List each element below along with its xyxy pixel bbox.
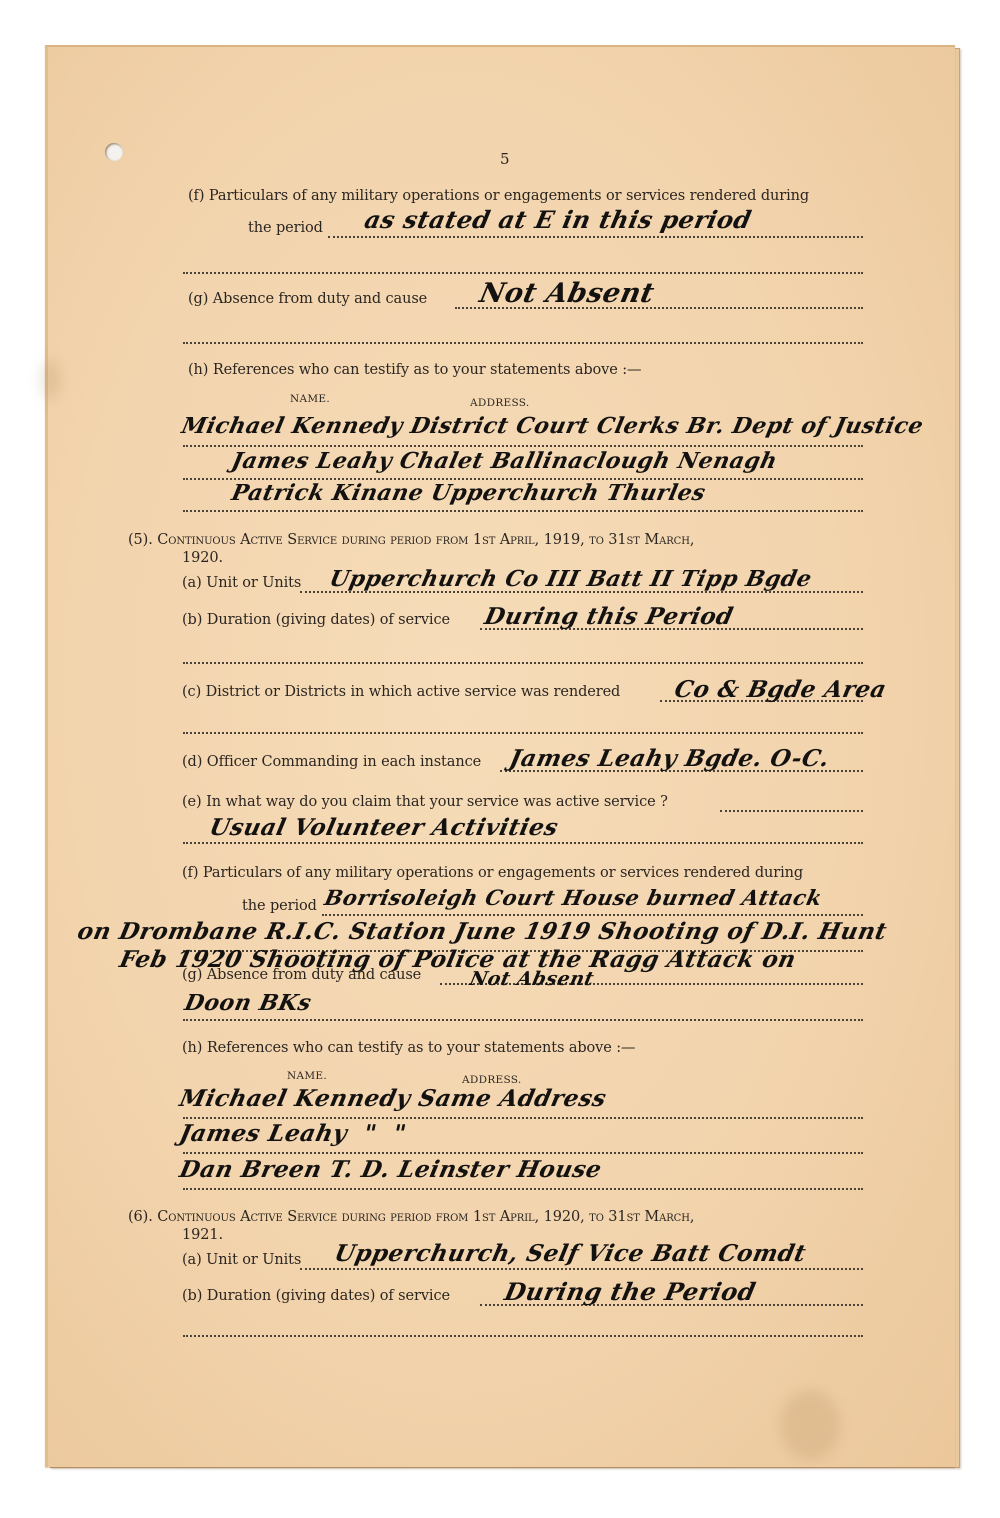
dotted-line [183, 1152, 863, 1154]
s5-a-answer: Upperchurch Co III Batt II Tipp Bgde [327, 566, 814, 592]
s5-heading: (5). Continuous Active Service during pe… [128, 532, 694, 548]
dotted-line [328, 236, 863, 238]
s5-heading-year: 1920. [182, 550, 223, 566]
s4-reference-2: James Leahy Chalet Ballinaclough Nenagh [229, 448, 779, 474]
s4-f-label: (f) Particulars of any military operatio… [188, 188, 809, 204]
s5-f-label: (f) Particulars of any military operatio… [182, 865, 803, 881]
s5-b-answer: During this Period [482, 603, 736, 630]
s5-reference-2: James Leahy " " [177, 1120, 409, 1147]
s5-f-period-label: the period [242, 898, 317, 914]
s5-g-label: (g) Absence from duty and cause [182, 967, 421, 983]
s5-e-answer: Usual Volunteer Activities [207, 814, 561, 841]
dotted-line [183, 510, 863, 512]
col-address-header: ADDRESS. [470, 397, 530, 409]
s6-heading: (6). Continuous Active Service during pe… [128, 1209, 694, 1225]
dotted-line [720, 810, 863, 812]
s4-f-period-label: the period [248, 220, 323, 236]
s5-d-label: (d) Officer Commanding in each instance [182, 754, 481, 770]
s6-a-label: (a) Unit or Units [182, 1252, 301, 1268]
s4-g-label: (g) Absence from duty and cause [188, 291, 427, 307]
s4-reference-1: Michael Kennedy District Court Clerks Br… [179, 413, 926, 439]
s6-b-label: (b) Duration (giving dates) of service [182, 1288, 450, 1304]
col-name-header: NAME. [287, 1070, 327, 1082]
punch-hole [105, 143, 123, 161]
dotted-line [183, 445, 863, 447]
s5-b-label: (b) Duration (giving dates) of service [182, 612, 450, 628]
col-name-header: NAME. [290, 393, 330, 405]
s6-b-answer: During the Period [502, 1277, 759, 1306]
s5-c-answer: Co & Bgde Area [672, 676, 889, 703]
s5-f-answer-2: on Drombane R.I.C. Station June 1919 Sho… [75, 918, 889, 945]
s5-d-answer: James Leahy Bgde. O-C. [507, 745, 832, 772]
s5-a-label: (a) Unit or Units [182, 575, 301, 591]
s6-heading-year: 1921. [182, 1227, 223, 1243]
s5-reference-1: Michael Kennedy Same Address [177, 1085, 609, 1112]
dotted-line [322, 914, 863, 916]
dotted-line [183, 662, 863, 664]
s5-f-answer-4: Doon BKs [182, 990, 314, 1016]
dotted-line [183, 1019, 863, 1021]
s4-reference-3: Patrick Kinane Upperchurch Thurles [229, 480, 708, 506]
s5-reference-3: Dan Breen T. D. Leinster House [177, 1156, 604, 1183]
stain [40, 360, 60, 400]
dotted-line [183, 842, 863, 844]
s5-c-label: (c) District or Districts in which activ… [182, 684, 620, 700]
s5-e-label: (e) In what way do you claim that your s… [182, 794, 668, 810]
s5-g-answer: Not Absent [468, 968, 597, 990]
s6-a-answer: Upperchurch, Self Vice Batt Comdt [332, 1240, 809, 1267]
dotted-line [183, 1117, 863, 1119]
s4-h-label: (h) References who can testify as to you… [188, 362, 641, 378]
s4-f-answer: as stated at E in this period [362, 205, 754, 234]
dotted-line [183, 1188, 863, 1190]
stain [780, 1390, 840, 1460]
dotted-line [183, 1335, 863, 1337]
dotted-line [183, 732, 863, 734]
s5-h-label: (h) References who can testify as to you… [182, 1040, 635, 1056]
s4-g-answer: Not Absent [477, 278, 657, 309]
s5-f-answer-1: Borrisoleigh Court House burned Attack [322, 885, 824, 910]
dotted-line [300, 1268, 863, 1270]
dotted-line [183, 342, 863, 344]
page-number: 5 [500, 150, 510, 168]
dotted-line [183, 272, 863, 274]
